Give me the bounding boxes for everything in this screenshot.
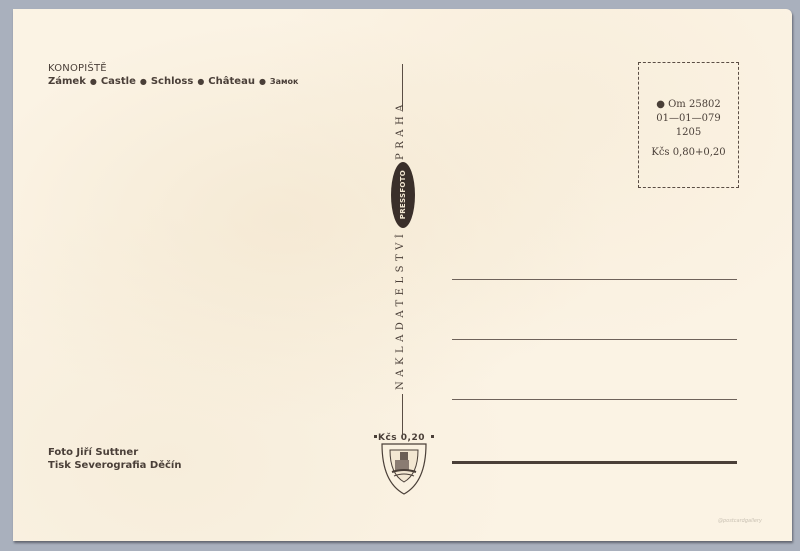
serial-id: 1205 xyxy=(639,127,738,138)
bullet-icon: ● xyxy=(86,77,101,86)
emblem-value: Kčs 0,20 xyxy=(378,433,425,443)
lang-german: Schloss xyxy=(151,76,193,87)
address-line-4 xyxy=(452,461,737,464)
publisher-city: PRAHA xyxy=(395,115,411,160)
print-credit: Tisk Severografia Děčín xyxy=(48,459,181,472)
lang-russian: Замок xyxy=(270,77,299,86)
castle-translations: Zámek●Castle●Schloss●Château●Замок xyxy=(48,75,298,88)
lang-czech: Zámek xyxy=(48,76,86,87)
lang-english: Castle xyxy=(101,76,136,87)
address-line-1 xyxy=(452,279,737,280)
bullet-icon: ● xyxy=(255,77,270,86)
title-block: KONOPIŠTĚ Zámek●Castle●Schloss●Château●З… xyxy=(48,62,298,88)
price-label: Kčs 0,80+0,20 xyxy=(639,147,738,158)
catalog-number: 01—01—079 xyxy=(639,113,738,124)
place-name: KONOPIŠTĚ xyxy=(48,62,298,75)
pressfoto-logo: PRESSFOTO xyxy=(391,162,415,228)
print-code: ● Om 25802 xyxy=(639,99,738,110)
lang-french: Château xyxy=(208,76,255,87)
stamp-box: ● Om 25802 01—01—079 1205 Kčs 0,80+0,20 xyxy=(638,62,739,188)
divider-bottom xyxy=(402,394,403,434)
photo-credit: Foto Jiří Suttner xyxy=(48,446,181,459)
bullet-icon: ● xyxy=(193,77,208,86)
credits: Foto Jiří Suttner Tisk Severografia Děčí… xyxy=(48,446,181,472)
bullet-icon: ● xyxy=(136,77,151,86)
address-line-2 xyxy=(452,339,737,340)
address-line-3 xyxy=(452,399,737,400)
publisher-name: NAKLADATELSTVÍ xyxy=(395,240,411,390)
watermark: @postcardgallery xyxy=(718,518,762,524)
